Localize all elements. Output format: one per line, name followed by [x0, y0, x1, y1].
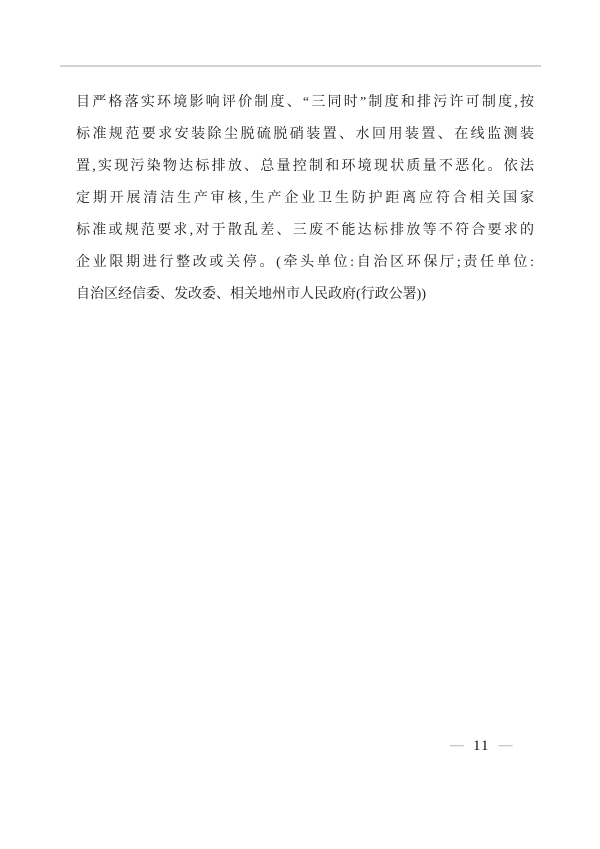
footer-dash-left: — [450, 736, 464, 756]
paragraph-line: 目严格落实环境影响评价制度、“三同时”制度和排污许可制度,按 [76, 87, 534, 119]
paragraph-line: 标准或规范要求,对于散乱差、三废不能达标排放等不符合要求的 [76, 215, 534, 247]
paragraph-line: 标准规范要求安装除尘脱硫脱硝装置、水回用装置、在线监测装 [76, 119, 534, 151]
paragraph: 目严格落实环境影响评价制度、“三同时”制度和排污许可制度,按 标准规范要求安装除… [76, 87, 534, 311]
paragraph-line: 企业限期进行整改或关停。(牵头单位:自治区环保厅;责任单位: [76, 247, 534, 279]
page-footer: — 11 — [450, 736, 512, 756]
paragraph-line: 置,实现污染物达标排放、总量控制和环境现状质量不恶化。依法 [76, 151, 534, 183]
header-rule [60, 65, 541, 67]
footer-dash-right: — [498, 736, 512, 756]
paragraph-line: 自治区经信委、发改委、相关地州市人民政府(行政公署)) [76, 279, 534, 311]
paragraph-line: 定期开展清洁生产审核,生产企业卫生防护距离应符合相关国家 [76, 183, 534, 215]
document-page: 目严格落实环境影响评价制度、“三同时”制度和排污许可制度,按 标准规范要求安装除… [0, 0, 600, 849]
page-number: 11 [473, 736, 489, 756]
